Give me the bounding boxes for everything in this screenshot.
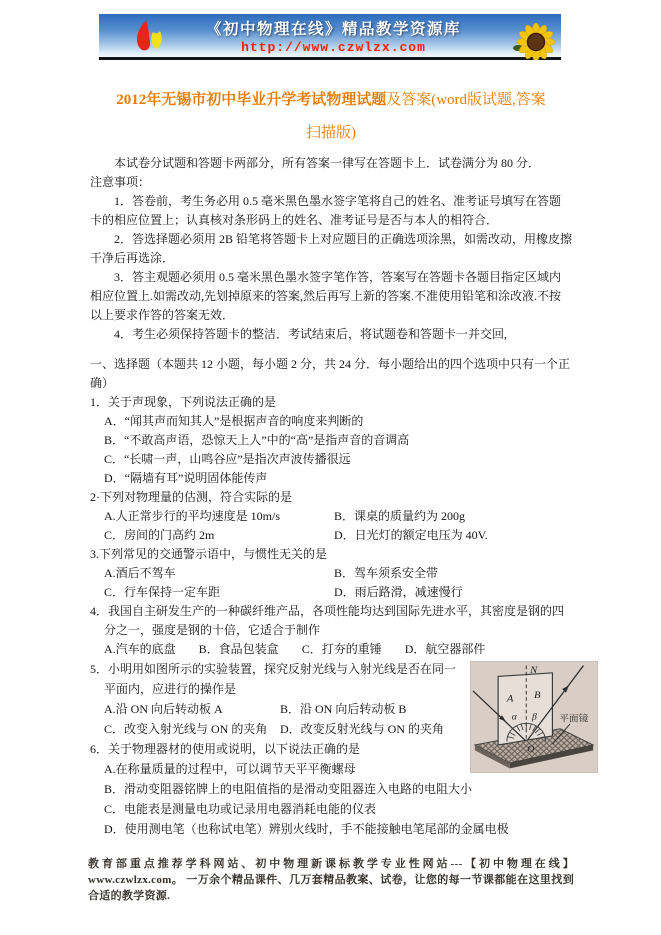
figure-mirror-label: 平面镜 <box>559 713 589 725</box>
question-2-options-row-1: A.人正常步行的平均速度是 10m/s B．课桌的质量约为 200g <box>90 507 572 526</box>
question-6-option-c: C．电能表是测量电功或记录用电器消耗电能的仪表 <box>90 799 572 819</box>
document-title: 2012年无锡市初中毕业升学考试物理试题及答案(word版试题,答案 扫描版) <box>90 84 572 150</box>
question-5-option-a: A.沿 ON 向后转动板 A <box>104 699 280 719</box>
question-5-option-b: B．沿 ON 向后转动板 B <box>280 699 406 719</box>
question-5-option-c: C．改变入射光线与 ON 的夹角 <box>104 719 280 739</box>
question-2-option-a: A.人正常步行的平均速度是 10m/s <box>104 507 334 526</box>
question-3-options-row-2: C．行车保持一定车距 D．雨后路滑，减速慢行 <box>90 583 572 602</box>
question-2-option-c: C．房间的门高约 2m <box>104 526 334 545</box>
question-2-options-row-2: C．房间的门高约 2m D．日光灯的额定电压为 40V. <box>90 526 572 545</box>
figure-board-a-label: A <box>506 694 514 705</box>
reflection-experiment-figure: N A B α β O 平面镜 <box>470 661 598 773</box>
section-heading: 一、选择题（本题共 12 小题，每小题 2 分，共 24 分．每小题给出的四个选… <box>90 355 572 393</box>
question-2-option-d: D．日光灯的额定电压为 40V. <box>334 526 488 545</box>
question-6-option-d: D．使用测电笔（也称试电笔）辨别火线时，手不能接触电笔尾部的金属电极 <box>90 819 572 839</box>
question-2-stem: 2·下列对物理量的估测，符合实际的是 <box>90 488 572 507</box>
notice-item-2: 2．答选择题必须用 2B 铅笔将答题卡上对应题目的正确选项涂黑，如需改动，用橡皮… <box>90 230 572 268</box>
question-3-options-row-1: A.酒后不驾车 B．驾车须系安全带 <box>90 564 572 583</box>
figure-board-b-label: B <box>534 690 541 701</box>
document-content: 2012年无锡市初中毕业升学考试物理试题及答案(word版试题,答案 扫描版) … <box>90 84 572 839</box>
question-4-option-d: D．航空器部件 <box>405 640 486 659</box>
question-4-options-row: A.汽车的底盘 B．食品包装盒 C．打夯的重锤 D．航空器部件 <box>90 640 572 659</box>
notice-item-3: 3．答主观题必须用 0.5 毫米黑色墨水签字笔作答，答案写在答题卡各题目指定区域… <box>90 268 572 325</box>
question-3-option-d: D．雨后路滑，减速慢行 <box>334 583 463 602</box>
banner-site-url-link[interactable]: http://www.czwlzx.com <box>194 40 473 55</box>
question-1-option-a: A．“闻其声而知其人”是根据声音的响度来判断的 <box>90 412 572 431</box>
question-1-option-b: B．“不敢高声语，恐惊天上人”中的“高”是指声音的音调高 <box>90 431 572 450</box>
question-5-options-row-1: A.沿 ON 向后转动板 A B．沿 ON 向后转动板 B <box>90 699 462 719</box>
figure-beta-label: β <box>531 713 537 723</box>
question-5-option-d: D．改变反射光线与 ON 的夹角 <box>280 719 444 739</box>
banner-site-title: 《初中物理在线》精品教学资源库 <box>194 17 473 39</box>
question-4-stem: 4．我国自主研发生产的一种碳纤维产品，各项性能均达到国际先进水平，其密度是钢的四… <box>90 602 572 640</box>
question-1-stem: 1．关于声现象，下列说法正确的是 <box>90 393 572 412</box>
sunflower-icon <box>510 18 558 60</box>
notice-item-4: 4．考生必须保持答题卡的整洁．考试结束后，将试题卷和答题卡一并交回, <box>90 325 572 344</box>
question-3-stem: 3.下列常见的交通警示语中，与惯性无关的是 <box>90 545 572 564</box>
question-1-option-c: C．“长啸一声，山鸣谷应”是指次声波传播很远 <box>90 450 572 469</box>
site-logo-icon <box>133 19 167 55</box>
question-6-option-b: B．滑动变阻器铭牌上的电阻值指的是滑动变阻器连入电路的电阻大小 <box>90 779 572 799</box>
question-5-6-block: N A B α β O 平面镜 5．小明用如图所示的实验装置，探究反射光线与入射… <box>90 659 572 839</box>
question-1-option-d: D．“隔墙有耳”说明固体能传声 <box>90 469 572 488</box>
figure-normal-label: N <box>529 665 538 676</box>
question-4-option-c: C．打夯的重锤 <box>302 640 382 659</box>
title-line2: 扫描版) <box>306 125 356 141</box>
question-3-option-b: B．驾车须系安全带 <box>334 564 438 583</box>
exam-document-page: 《初中物理在线》精品教学资源库 http://www.czwlzx.com <box>0 0 661 935</box>
notice-item-1: 1．答卷前，考生务必用 0.5 毫米黑色墨水签字笔将自己的姓名、准考证号填写在答… <box>90 192 572 230</box>
title-line1: 2012年无锡市初中毕业升学考试物理试题及答案(word版试题,答案 <box>116 92 546 108</box>
banner-text-block: 《初中物理在线》精品教学资源库 http://www.czwlzx.com <box>194 17 473 55</box>
question-4-option-b: B．食品包装盒 <box>199 640 279 659</box>
question-2-option-b: B．课桌的质量约为 200g <box>334 507 465 526</box>
question-4-option-a: A.汽车的底盘 <box>104 640 176 659</box>
figure-origin-label: O <box>527 745 534 755</box>
question-3-option-a: A.酒后不驾车 <box>104 564 334 583</box>
intro-paragraph: 本试卷分试题和答题卡两部分，所有答案一律写在答题卡上．试卷满分为 80 分． <box>90 154 572 173</box>
question-5-options-row-2: C．改变入射光线与 ON 的夹角 D．改变反射光线与 ON 的夹角 <box>90 719 462 739</box>
notice-heading: 注意事项： <box>90 173 572 192</box>
site-banner: 《初中物理在线》精品教学资源库 http://www.czwlzx.com <box>99 14 561 60</box>
footer-promo-text: 教育部重点推荐学科网站、初中物理新课标教学专业性网站---【初中物理在线】www… <box>88 856 574 904</box>
question-3-option-c: C．行车保持一定车距 <box>104 583 334 602</box>
